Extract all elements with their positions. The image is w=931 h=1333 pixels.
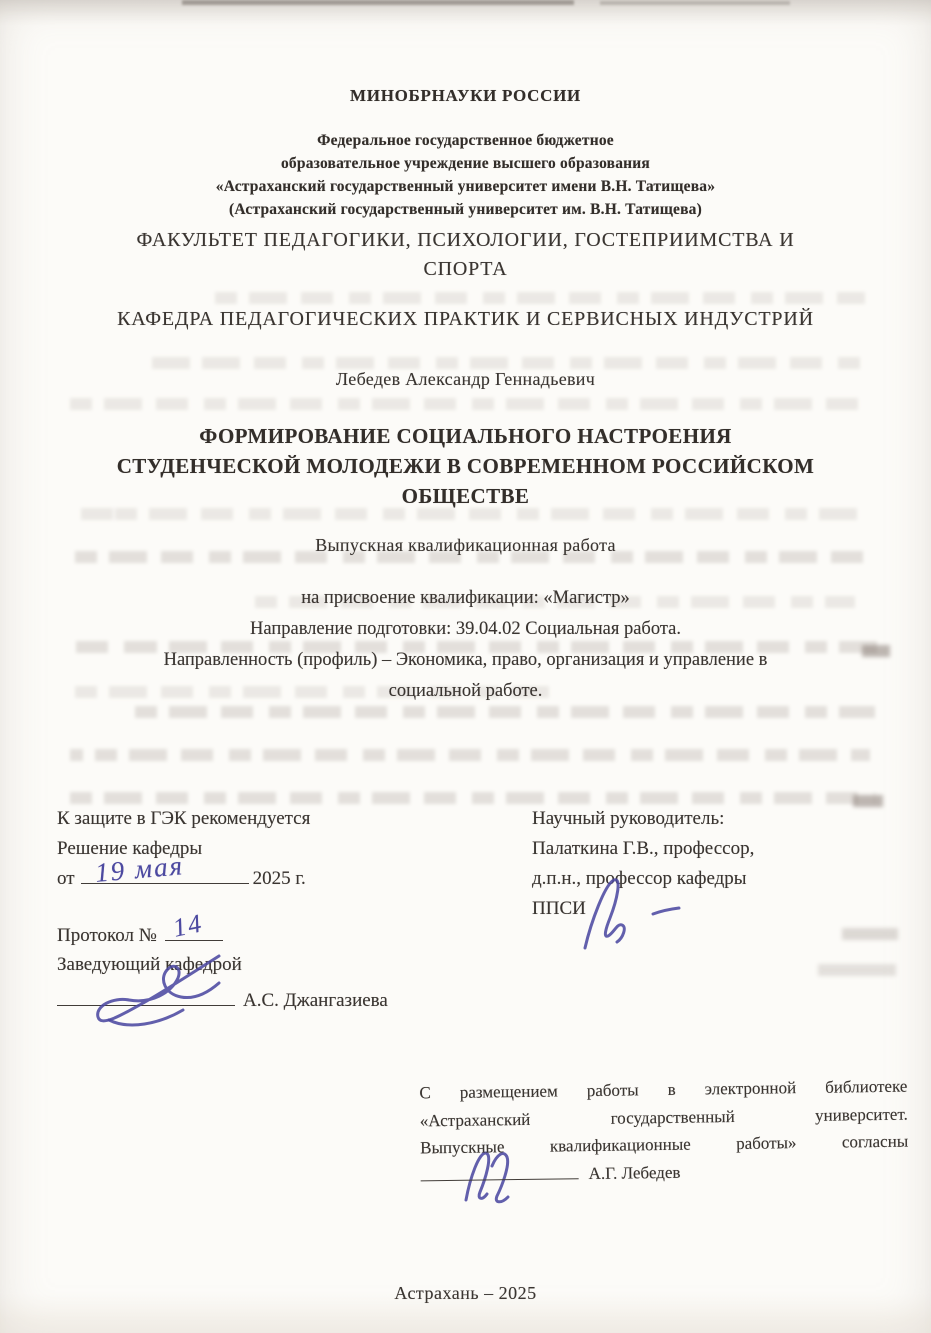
supervisor-block: Научный руководитель: Палаткина Г.В., пр… (532, 804, 902, 924)
consent-signer-name: А.Г. Лебедев (588, 1162, 680, 1182)
profile-line: социальной работе. (0, 676, 931, 707)
bleed-line (215, 292, 865, 304)
work-type: Выпускная квалификационная работа (0, 535, 931, 556)
thesis-title-line: СТУДЕНЧЕСКОЙ МОЛОДЕЖИ В СОВРЕМЕННОМ РОСС… (0, 451, 931, 481)
faculty-heading: ФАКУЛЬТЕТ ПЕДАГОГИКИ, ПСИХОЛОГИИ, ГОСТЕП… (0, 226, 931, 284)
qualification-block: на присвоение квалификации: «Магистр» На… (0, 583, 931, 707)
thesis-title-line: ОБЩЕСТВЕ (0, 481, 931, 511)
bleed-page-number (818, 964, 896, 976)
bleed-line (70, 398, 870, 410)
author-name: Лебедев Александр Геннадьевич (0, 369, 931, 390)
protocol-row: Протокол №14 (57, 921, 477, 950)
date-prefix: от (57, 868, 75, 889)
protocol-blank-line: 14 (165, 921, 223, 941)
direction-line: Направление подготовки: 39.04.02 Социаль… (0, 614, 931, 645)
protocol-label: Протокол № (57, 925, 157, 946)
handwritten-date: 19 мая (93, 850, 184, 888)
bleed-line (135, 706, 875, 718)
approval-date-row: от19 мая2025 г. (57, 864, 477, 894)
edge-smudge (182, 0, 574, 5)
faculty-line: ФАКУЛЬТЕТ ПЕДАГОГИКИ, ПСИХОЛОГИИ, ГОСТЕП… (0, 226, 931, 255)
date-suffix: 2025 г. (253, 868, 306, 889)
institution-block: Федеральное государственное бюджетное об… (0, 129, 931, 221)
supervisor-line: Палаткина Г.В., профессор, (532, 834, 902, 864)
head-label: Заведующий кафедрой (57, 950, 477, 979)
city-year-footer: Астрахань – 2025 (0, 1283, 931, 1304)
institution-line: Федеральное государственное бюджетное (0, 129, 931, 152)
department-heading: КАФЕДРА ПЕДАГОГИЧЕСКИХ ПРАКТИК И СЕРВИСН… (0, 308, 931, 331)
approval-block: К защите в ГЭК рекомендуется Решение каф… (57, 804, 477, 894)
qualification-line: на присвоение квалификации: «Магистр» (0, 583, 931, 614)
head-name: А.С. Джангазиева (243, 990, 388, 1011)
institution-line: образовательное учреждение высшего образ… (0, 152, 931, 175)
protocol-block: Протокол №14 Заведующий кафедрой А.С. Дж… (57, 921, 477, 1015)
document-page: МИНОБРНАУКИ РОССИИ Федеральное государст… (0, 0, 931, 1333)
date-blank-line: 19 мая (81, 864, 249, 884)
bleed-line (70, 749, 870, 761)
edge-smudge (600, 1, 790, 5)
consent-signature-line (420, 1161, 578, 1181)
institution-line: (Астраханский государственный университе… (0, 198, 931, 221)
bleed-line (70, 792, 875, 804)
supervisor-label: Научный руководитель: (532, 804, 902, 834)
profile-line: Направленность (профиль) – Экономика, пр… (0, 645, 931, 676)
head-signature-line (57, 986, 235, 1006)
faculty-line: СПОРТА (0, 255, 931, 284)
bleed-page-number (842, 928, 898, 940)
consent-block: С размещением работы в электронной библи… (419, 1073, 908, 1190)
approval-line: К защите в ГЭК рекомендуется (57, 804, 477, 834)
supervisor-line: ППСИ (532, 894, 902, 924)
institution-line: «Астраханский государственный университе… (0, 175, 931, 198)
bleed-line (150, 357, 870, 369)
ministry-heading: МИНОБРНАУКИ РОССИИ (0, 86, 931, 106)
supervisor-line: д.п.н., профессор кафедры (532, 864, 902, 894)
handwritten-protocol-number: 14 (170, 908, 205, 943)
head-signature-row: А.С. Джангазиева (57, 986, 477, 1015)
thesis-title-line: ФОРМИРОВАНИЕ СОЦИАЛЬНОГО НАСТРОЕНИЯ (0, 421, 931, 451)
thesis-title: ФОРМИРОВАНИЕ СОЦИАЛЬНОГО НАСТРОЕНИЯ СТУД… (0, 421, 931, 511)
